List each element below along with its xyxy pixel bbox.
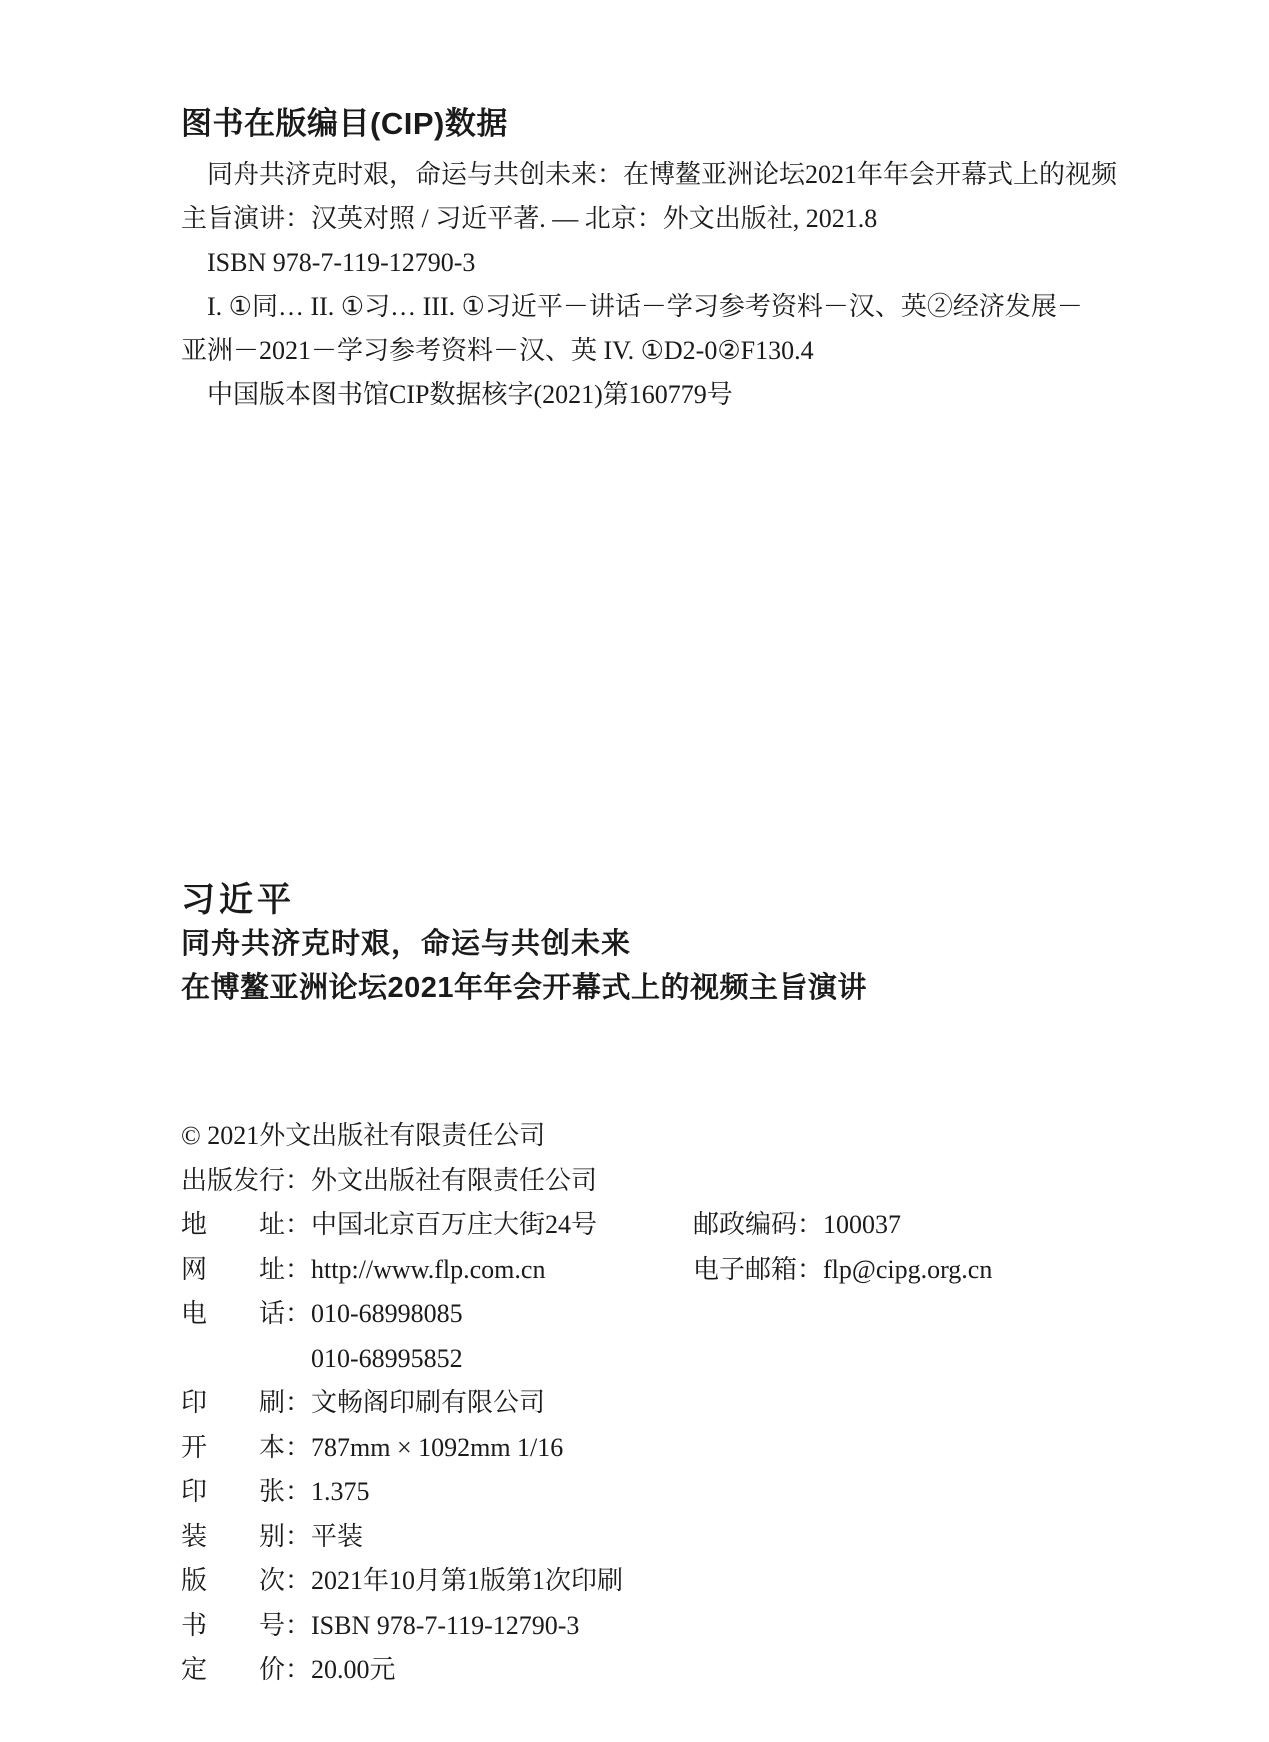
cip-section: 图书在版编目(CIP)数据 同舟共济克时艰，命运与共创未来：在博鳌亚洲论坛202… [181,104,1161,417]
colophon-row-phone: 电 话：010-68998085 [181,1292,1181,1337]
colophon-value: 010-68995852 [311,1344,463,1373]
colophon-row-edition: 版 次：2021年10月第1版第1次印刷 [181,1559,1181,1604]
colophon-label: 邮政编码： [693,1210,823,1239]
colophon-row-format: 开 本：787mm × 1092mm 1/16 [181,1426,1181,1471]
colophon-row-website: 网 址：http://www.flp.com.cn 电子邮箱：flp@cipg.… [181,1248,1181,1293]
colophon-row-price: 定 价：20.00元 [181,1648,1181,1693]
colophon-value: 外文出版社有限责任公司 [311,1166,597,1195]
colophon-label: 印 张： [181,1470,311,1515]
colophon-value: 20.00元 [311,1655,396,1684]
cip-line: 主旨演讲：汉英对照 / 习近平著. — 北京：外文出版社, 2021.8 [181,197,1161,241]
colophon-value: 100037 [823,1210,901,1239]
cip-line: 同舟共济克时艰，命运与共创未来：在博鳌亚洲论坛2021年年会开幕式上的视频 [181,153,1161,197]
colophon-label: 版 次： [181,1559,311,1604]
colophon-value: ISBN 978-7-119-12790-3 [311,1611,579,1640]
colophon-label: 开 本： [181,1426,311,1471]
cip-heading: 图书在版编目(CIP)数据 [181,104,1161,144]
cip-line-record-number: 中国版本图书馆CIP数据核字(2021)第160779号 [181,373,1161,417]
colophon-label: 网 址： [181,1248,311,1293]
copyright-page: 图书在版编目(CIP)数据 同舟共济克时艰，命运与共创未来：在博鳌亚洲论坛202… [0,0,1269,1742]
copyright-line: © 2021外文出版社有限责任公司 [181,1114,1181,1159]
title-block: 习近平 同舟共济克时艰，命运与共创未来 在博鳌亚洲论坛2021年年会开幕式上的视… [181,878,867,1010]
colophon-label: 定 价： [181,1648,311,1693]
colophon-label: 书 号： [181,1604,311,1649]
colophon-value: flp@cipg.org.cn [823,1255,992,1284]
colophon-value: http://www.flp.com.cn [311,1255,545,1284]
colophon-value: 010-68998085 [311,1299,463,1328]
colophon-row-address: 地 址：中国北京百万庄大街24号 邮政编码：100037 [181,1203,1181,1248]
cip-line-classification: I. ①同… II. ①习… III. ①习近平－讲话－学习参考资料－汉、英②经… [181,285,1161,329]
cip-paragraph: 同舟共济克时艰，命运与共创未来：在博鳌亚洲论坛2021年年会开幕式上的视频 主旨… [181,153,1161,417]
colophon-value: 1.375 [311,1477,370,1506]
colophon-label: 装 别： [181,1515,311,1560]
colophon-right-pair: 电子邮箱：flp@cipg.org.cn [693,1248,992,1293]
colophon-row-isbn: 书 号：ISBN 978-7-119-12790-3 [181,1604,1181,1649]
colophon-right-pair: 邮政编码：100037 [693,1203,901,1248]
colophon-value: 中国北京百万庄大街24号 [311,1210,597,1239]
book-title: 同舟共济克时艰，命运与共创未来 [181,922,867,966]
book-subtitle: 在博鳌亚洲论坛2021年年会开幕式上的视频主旨演讲 [181,966,867,1010]
colophon-value: 787mm × 1092mm 1/16 [311,1433,563,1462]
colophon-label: 印 刷： [181,1381,311,1426]
cip-line-isbn: ISBN 978-7-119-12790-3 [181,241,1161,285]
colophon-section: © 2021外文出版社有限责任公司 出版发行：外文出版社有限责任公司 地 址：中… [181,1114,1181,1693]
cip-line-classification: 亚洲－2021－学习参考资料－汉、英 IV. ①D2-0②F130.4 [181,329,1161,373]
author-name: 习近平 [181,878,867,922]
colophon-row-binding: 装 别：平装 [181,1515,1181,1560]
colophon-row-publisher: 出版发行：外文出版社有限责任公司 [181,1159,1181,1204]
colophon-label: 电 话： [181,1292,311,1337]
colophon-label: 地 址： [181,1203,311,1248]
colophon-label: 出版发行： [181,1159,311,1204]
colophon-value: 平装 [311,1522,363,1551]
colophon-row-sheets: 印 张：1.375 [181,1470,1181,1515]
colophon-value: 文畅阁印刷有限公司 [311,1388,545,1417]
colophon-value: 2021年10月第1版第1次印刷 [311,1566,623,1595]
colophon-row-printer: 印 刷：文畅阁印刷有限公司 [181,1381,1181,1426]
colophon-row-phone2: 010-68995852 [181,1337,1181,1382]
colophon-label: 电子邮箱： [693,1255,823,1284]
